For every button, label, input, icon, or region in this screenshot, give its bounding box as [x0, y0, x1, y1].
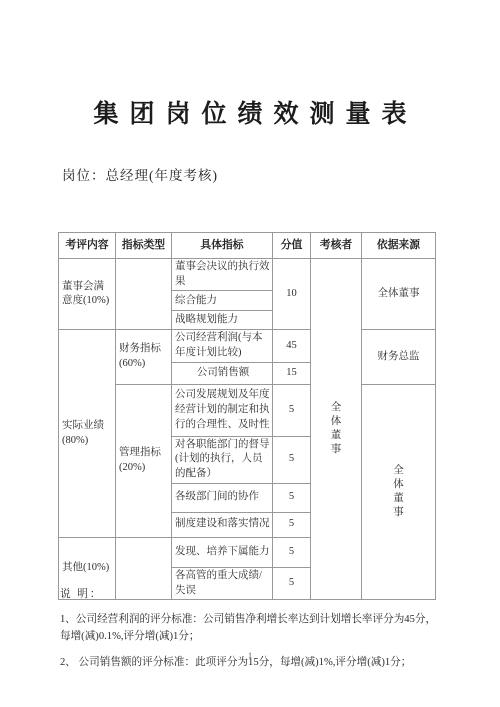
- table-row: 管理指标 (20%) 公司发展规划及年度经营计划的制定和执行的合理性、及时性 5…: [59, 384, 436, 436]
- indicator-cell: 各级部门间的协作: [172, 483, 273, 512]
- table-row: 董事会满意度(10%) 董事会决议的执行效果 10 全体董事 全体董事: [59, 259, 436, 291]
- score-cell: 10: [273, 259, 311, 330]
- indicator-cell: 对各职能部门的督导(计划的执行，人员的配备）: [172, 436, 273, 483]
- header-indicator-type: 指标类型: [116, 233, 172, 259]
- assessor-cell: 全体董事: [311, 259, 362, 600]
- indicator-cell: 发现、培养下属能力: [172, 537, 273, 567]
- source-vertical-text: 全体董事: [393, 464, 405, 521]
- source-cell-lower: 全体董事: [362, 384, 436, 599]
- score-cell: 5: [273, 483, 311, 512]
- header-assessor: 考核者: [311, 233, 362, 259]
- indicator-type-cell-empty-board: [116, 259, 172, 330]
- source-cell-board: 全体董事: [362, 259, 436, 330]
- indicator-type-cell-management: 管理指标 (20%): [116, 384, 172, 537]
- note-item-1: 1、公司经营利润的评分标准：公司销售净利增长率达到计划增长率评分为45分，每增(…: [60, 612, 446, 645]
- document-title: 集团岗位绩效测量表: [0, 94, 500, 130]
- score-cell: 5: [273, 436, 311, 483]
- indicator-type-cell-finance: 财务指标 (60%): [116, 330, 172, 384]
- assessor-vertical-text: 全体董事: [330, 401, 342, 458]
- category-cell-board-satisfaction: 董事会满意度(10%): [59, 259, 116, 330]
- table-header-row: 考评内容 指标类型 具体指标 分值 考核者 依据来源: [59, 233, 436, 259]
- score-cell: 5: [273, 512, 311, 537]
- header-specific-indicator: 具体指标: [172, 233, 273, 259]
- indicator-cell: 公司经营利润(与本年度计划比较): [172, 330, 273, 362]
- indicator-cell: 战略规划能力: [172, 311, 273, 330]
- score-cell: 45: [273, 330, 311, 362]
- notes-label: 说 明：: [60, 587, 446, 603]
- score-cell: 5: [273, 384, 311, 436]
- indicator-cell: 综合能力: [172, 291, 273, 311]
- category-cell-actual-performance: 实际业绩 (80%): [59, 330, 116, 537]
- page-number: 1: [0, 651, 500, 660]
- notes-section: 说 明： 1、公司经营利润的评分标准：公司销售净利增长率达到计划增长率评分为45…: [60, 587, 446, 682]
- source-cell-finance: 财务总监: [362, 330, 436, 384]
- header-score: 分值: [273, 233, 311, 259]
- table-row: 实际业绩 (80%) 财务指标 (60%) 公司经营利润(与本年度计划比较) 4…: [59, 330, 436, 362]
- score-cell: 15: [273, 362, 311, 384]
- header-category: 考评内容: [59, 233, 116, 259]
- header-source: 依据来源: [362, 233, 436, 259]
- document-page: 集团岗位绩效测量表 岗位：总经理(年度考核) 考评内容 指标类型 具体指标 分值…: [0, 0, 500, 707]
- indicator-cell: 公司发展规划及年度经营计划的制定和执行的合理性、及时性: [172, 384, 273, 436]
- performance-table: 考评内容 指标类型 具体指标 分值 考核者 依据来源 董事会满意度(10%) 董…: [58, 232, 436, 600]
- indicator-cell: 公司销售额: [172, 362, 273, 384]
- position-label: 岗位：总经理(年度考核): [62, 164, 218, 184]
- indicator-cell: 董事会决议的执行效果: [172, 259, 273, 291]
- score-cell: 5: [273, 537, 311, 567]
- indicator-cell: 制度建设和落实情况: [172, 512, 273, 537]
